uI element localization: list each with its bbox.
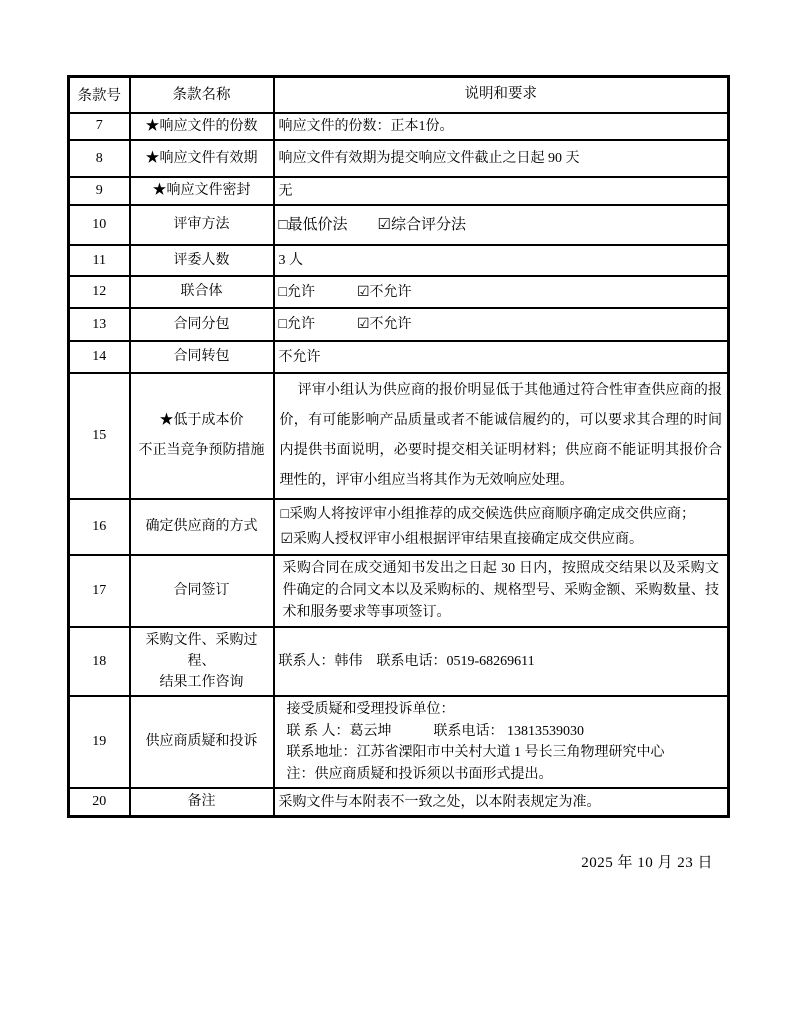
clause-desc: 不允许 bbox=[274, 341, 729, 373]
clause-desc: 响应文件有效期为提交响应文件截止之日起 90 天 bbox=[274, 140, 729, 177]
procurement-clause-table: 条款号 条款名称 说明和要求 7 ★响应文件的份数 响应文件的份数：正本1份。 … bbox=[67, 75, 730, 818]
table-row: 12 联合体 □允许 ☑不允许 bbox=[69, 276, 729, 308]
clause-name: 评委人数 bbox=[130, 245, 274, 276]
clause-desc: 采购文件与本附表不一致之处，以本附表规定为准。 bbox=[274, 788, 729, 816]
table-row: 9 ★响应文件密封 无 bbox=[69, 177, 729, 205]
clause-number: 10 bbox=[69, 205, 130, 245]
clause-name: 备注 bbox=[130, 788, 274, 816]
table-row: 11 评委人数 3 人 bbox=[69, 245, 729, 276]
clause-number: 8 bbox=[69, 140, 130, 177]
clause-number: 14 bbox=[69, 341, 130, 373]
clause-number: 12 bbox=[69, 276, 130, 308]
clause-name: 合同签订 bbox=[130, 555, 274, 627]
clause-number: 20 bbox=[69, 788, 130, 816]
header-clause-desc: 说明和要求 bbox=[274, 77, 729, 113]
table-row: 13 合同分包 □允许 ☑不允许 bbox=[69, 308, 729, 341]
table-row: 8 ★响应文件有效期 响应文件有效期为提交响应文件截止之日起 90 天 bbox=[69, 140, 729, 177]
table-row: 20 备注 采购文件与本附表不一致之处，以本附表规定为准。 bbox=[69, 788, 729, 816]
clause-name: ★响应文件密封 bbox=[130, 177, 274, 205]
clause-desc: 评审小组认为供应商的报价明显低于其他通过符合性审查供应商的报价，有可能影响产品质… bbox=[274, 373, 729, 499]
clause-number: 18 bbox=[69, 627, 130, 696]
document-date: 2025 年 10 月 23 日 bbox=[0, 851, 713, 872]
table-row: 16 确定供应商的方式 □采购人将按评审小组推荐的成交候选供应商顺序确定成交供应… bbox=[69, 499, 729, 555]
clause-desc-checkboxes: □允许 ☑不允许 bbox=[274, 276, 729, 308]
clause-number: 19 bbox=[69, 696, 130, 788]
clause-desc: 采购合同在成交通知书发出之日起 30 日内，按照成交结果以及采购文件确定的合同文… bbox=[274, 555, 729, 627]
clause-name: 供应商质疑和投诉 bbox=[130, 696, 274, 788]
clause-number: 16 bbox=[69, 499, 130, 555]
table-header-row: 条款号 条款名称 说明和要求 bbox=[69, 77, 729, 113]
header-clause-number: 条款号 bbox=[69, 77, 130, 113]
clause-number: 7 bbox=[69, 113, 130, 141]
clause-desc-checkboxes: □采购人将按评审小组推荐的成交候选供应商顺序确定成交供应商； ☑采购人授权评审小… bbox=[274, 499, 729, 555]
clause-desc: 无 bbox=[274, 177, 729, 205]
clause-desc: 响应文件的份数：正本1份。 bbox=[274, 113, 729, 141]
table-row: 14 合同转包 不允许 bbox=[69, 341, 729, 373]
table-row: 15 ★低于成本价 不正当竞争预防措施 评审小组认为供应商的报价明显低于其他通过… bbox=[69, 373, 729, 499]
document-page: 条款号 条款名称 说明和要求 7 ★响应文件的份数 响应文件的份数：正本1份。 … bbox=[0, 0, 792, 1020]
clause-name: 确定供应商的方式 bbox=[130, 499, 274, 555]
clause-name: ★低于成本价 不正当竞争预防措施 bbox=[130, 373, 274, 499]
table-row: 18 采购文件、采购过程、 结果工作咨询 联系人：韩伟 联系电话：0519-68… bbox=[69, 627, 729, 696]
clause-number: 13 bbox=[69, 308, 130, 341]
clause-desc-checkboxes: □最低价法 ☑综合评分法 bbox=[274, 205, 729, 245]
clause-number: 15 bbox=[69, 373, 130, 499]
clause-name: 采购文件、采购过程、 结果工作咨询 bbox=[130, 627, 274, 696]
header-clause-name: 条款名称 bbox=[130, 77, 274, 113]
clause-number: 9 bbox=[69, 177, 130, 205]
table-row: 7 ★响应文件的份数 响应文件的份数：正本1份。 bbox=[69, 113, 729, 141]
clause-desc: 联系人：韩伟 联系电话：0519-68269611 bbox=[274, 627, 729, 696]
clause-number: 17 bbox=[69, 555, 130, 627]
clause-number: 11 bbox=[69, 245, 130, 276]
table-row: 19 供应商质疑和投诉 接受质疑和受理投诉单位： 联 系 人：葛云坤 联系电话：… bbox=[69, 696, 729, 788]
clause-name: ★响应文件有效期 bbox=[130, 140, 274, 177]
clause-name: 合同分包 bbox=[130, 308, 274, 341]
table-row: 17 合同签订 采购合同在成交通知书发出之日起 30 日内，按照成交结果以及采购… bbox=[69, 555, 729, 627]
clause-name: 评审方法 bbox=[130, 205, 274, 245]
table-row: 10 评审方法 □最低价法 ☑综合评分法 bbox=[69, 205, 729, 245]
clause-name: 联合体 bbox=[130, 276, 274, 308]
clause-desc-checkboxes: □允许 ☑不允许 bbox=[274, 308, 729, 341]
clause-desc: 3 人 bbox=[274, 245, 729, 276]
clause-name: ★响应文件的份数 bbox=[130, 113, 274, 141]
clause-desc: 接受质疑和受理投诉单位： 联 系 人：葛云坤 联系电话： 13813539030… bbox=[274, 696, 729, 788]
clause-name: 合同转包 bbox=[130, 341, 274, 373]
